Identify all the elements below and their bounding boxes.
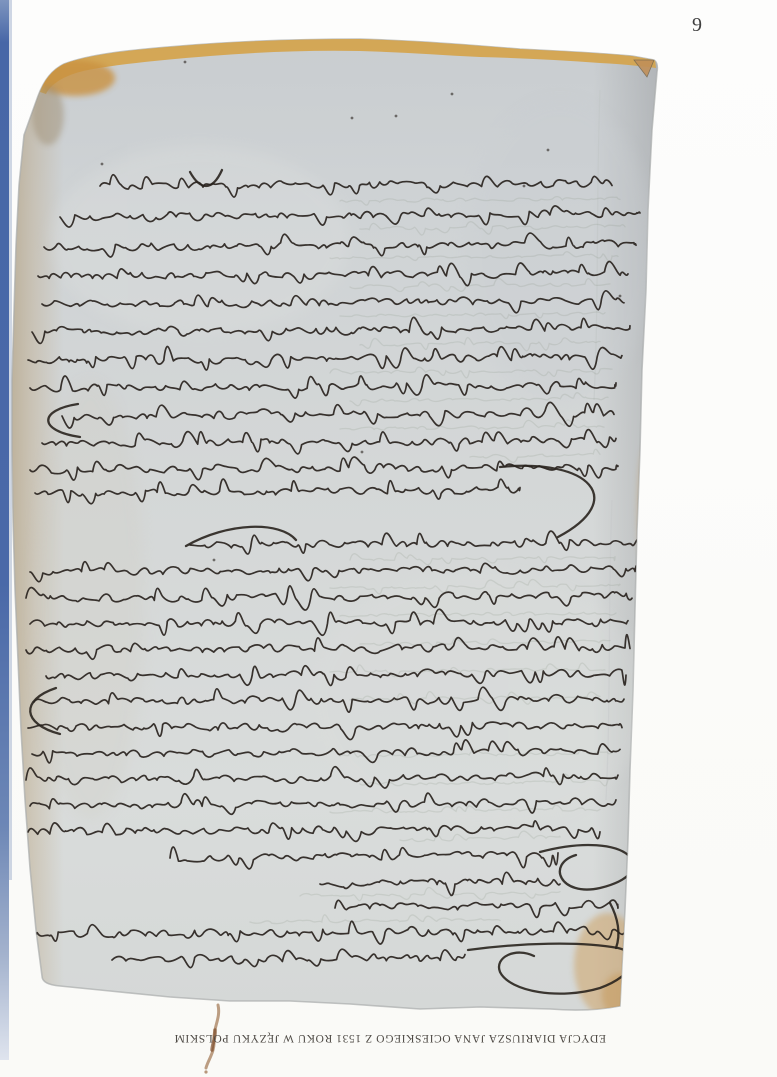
blue-strip-edge — [9, 0, 12, 880]
ink-stroke — [340, 197, 620, 206]
ink-stroke — [170, 847, 558, 869]
bleedthrough-ink — [250, 197, 625, 924]
ink-stroke — [350, 553, 615, 565]
ink-stroke — [186, 527, 296, 546]
ink-stroke — [28, 921, 640, 944]
ink-stroke — [26, 635, 630, 660]
ink-stroke — [190, 170, 222, 186]
ink-stroke — [360, 338, 600, 351]
ink-stroke — [42, 291, 624, 313]
ink-stroke — [330, 805, 600, 813]
ink-speck — [619, 295, 622, 298]
ink-stroke — [30, 562, 636, 582]
ink-stroke — [30, 457, 618, 480]
ink-stroke — [100, 175, 612, 197]
ink-speck — [361, 451, 364, 454]
ink-speck — [395, 115, 398, 118]
ink-stroke — [38, 261, 628, 285]
ink-stroke — [300, 887, 560, 900]
ink-speck — [351, 117, 354, 120]
ink-speck — [184, 61, 187, 64]
manuscript-ink — [26, 170, 640, 994]
ink-stroke — [28, 347, 622, 370]
ink-stroke — [34, 687, 624, 712]
ink-specks — [101, 61, 642, 627]
manuscript-scan — [0, 0, 777, 1077]
ink-stroke — [30, 375, 616, 398]
ink-stroke — [500, 466, 594, 537]
ink-stroke — [60, 206, 640, 227]
ink-stroke — [610, 903, 618, 948]
ink-stroke — [360, 639, 610, 646]
ink-stroke — [46, 666, 626, 686]
ink-stroke — [350, 692, 600, 705]
ink-stroke — [470, 449, 600, 462]
ink-stroke — [48, 404, 80, 437]
ink-speck — [451, 93, 454, 96]
ink-stroke — [360, 774, 608, 786]
ochre-top-stain — [40, 37, 656, 94]
ink-stroke — [340, 750, 612, 757]
ink-stroke — [28, 722, 622, 739]
scanned-book-page: 9 EDYCJA DIARIUSZA JANA OCIESKIEGO Z 153… — [0, 0, 777, 1077]
ink-stroke — [44, 233, 636, 257]
ink-stroke — [32, 317, 630, 343]
ink-stroke — [335, 900, 618, 917]
ink-stroke — [400, 831, 560, 841]
ink-stroke — [330, 663, 605, 677]
paper-texture — [32, 37, 656, 1017]
ink-stroke — [30, 688, 60, 734]
ink-speck — [101, 163, 104, 166]
ink-stroke — [26, 586, 632, 610]
ink-stroke — [340, 612, 616, 617]
ink-stroke — [330, 367, 612, 378]
ink-stroke — [320, 872, 560, 895]
ink-stroke — [340, 420, 604, 430]
ink-stroke — [35, 479, 520, 504]
ink-stroke — [30, 793, 616, 814]
paper-sheet — [12, 39, 657, 1010]
ink-stroke — [350, 393, 608, 406]
page-number: 9 — [682, 14, 712, 37]
ink-stroke — [540, 845, 633, 890]
ink-stroke — [32, 740, 620, 763]
ink-stroke — [42, 430, 616, 454]
ink-stroke — [330, 579, 620, 594]
ink-stroke — [62, 402, 614, 428]
ink-speck — [547, 149, 550, 152]
ink-stroke — [350, 278, 610, 291]
bottom-right-stain — [574, 913, 642, 1017]
ink-stroke — [250, 915, 500, 924]
ink-speck — [523, 185, 526, 188]
corner-fold — [634, 60, 654, 77]
ink-stroke — [112, 949, 465, 967]
ink-stroke — [26, 767, 618, 788]
ink-stroke — [340, 312, 605, 319]
footer-caption: EDYCJA DIARIUSZA JANA OCIESKIEGO Z 1531 … — [140, 1026, 640, 1044]
ink-stroke — [190, 531, 637, 554]
ink-stroke — [28, 821, 600, 841]
ink-stroke — [360, 222, 625, 235]
ink-stroke — [468, 944, 632, 994]
ink-speck — [213, 559, 216, 562]
ink-speck — [639, 624, 642, 627]
ink-stroke — [30, 609, 628, 635]
blue-binding-strip — [0, 0, 9, 1060]
ink-stroke — [330, 252, 618, 262]
